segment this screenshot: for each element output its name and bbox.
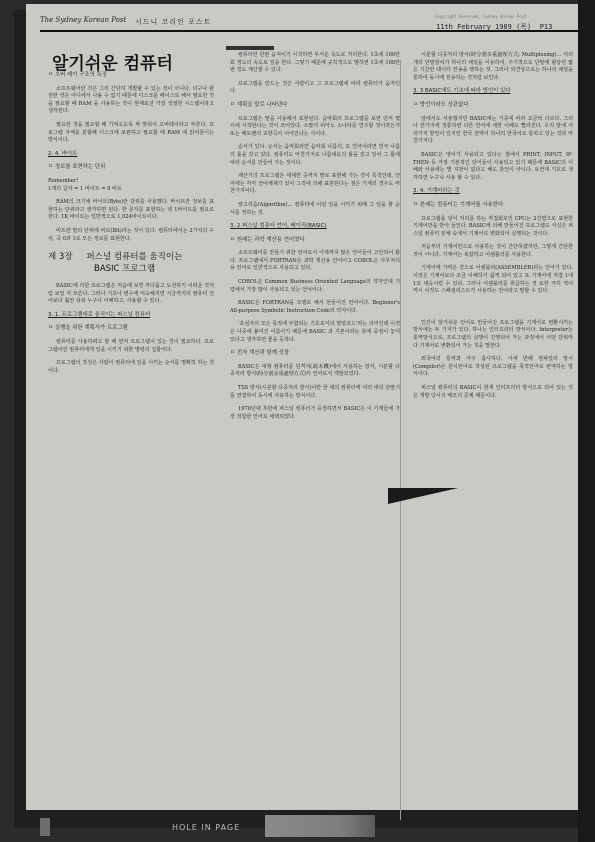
paragraph: 알고리즘(Algorithm)... 컴퓨터에 어떤 일을 시키기 위해 그 일…: [230, 202, 400, 217]
bullet-heading: ㅁ 정보를 표현하는 단위: [48, 164, 214, 172]
torn-edge: [40, 818, 50, 836]
paragraph: 앞에서도 서술했지만 BASIC에는 기종에 따라 조금씩 다르다. 그러나 한…: [413, 116, 573, 146]
paragraph: RAM의 크기에 바이트(Byte)란 단위를 사용했다. 바이트란 정보를 표…: [48, 199, 214, 222]
paragraph: 순서가 있다. 순서는 음악회라면 음악회 나름의, 또 연극이라면 연극 나름…: [230, 144, 400, 167]
bullet-heading: ㅁ 전자 계산과 함께 성장: [230, 350, 400, 358]
chapter-title: 퍼스널 컴퓨터를 움직이는: [87, 252, 183, 262]
masthead-logo: The Sydney Korean Post: [40, 16, 126, 24]
paragraph: COBOL은 Common Business Oriented Language…: [230, 279, 400, 294]
paragraph: 컴퓨터를 사용하려고 할 때 먼저 프로그램이 있는 것이 필요하다. 프로그램…: [48, 339, 214, 354]
bullet-heading: ㅁ 실행을 위한 계획서가 프로그램: [48, 325, 214, 333]
paragraph: 1970년대 후반에 퍼스널 컴퓨터가 등장하면서 BASIC은 이 기계들에 …: [230, 406, 400, 421]
column-divider: [400, 60, 401, 820]
paragraph: 프로그램은 말을 사용해서 표현된다. 음악회의 프로그램을 보면 먼저 몇시에…: [230, 116, 400, 139]
paragraph: 소프트웨어란 것은 그리 간단히 개발할 수 있는 것이 아니다. 더구나 완전…: [48, 86, 214, 116]
torn-paper-fragment: [265, 815, 375, 837]
section-heading: 3. 1. 프로그램대로 움직이는 퍼스널 컴퓨터: [48, 312, 214, 320]
chapter-number: 제 3장: [48, 252, 73, 262]
chapter-title-line2: BASIC 프로그램: [48, 263, 214, 275]
paragraph: 퍼스널 컴퓨터의 BASIC이 현재 인터프리터 방식으로 되어 있는 것은 개…: [413, 385, 573, 400]
paragraph: 비트란 말의 단위에 비트(Bit)라는 것이 있다. 컴퓨터에서는 2가지의 …: [48, 228, 214, 243]
section-heading: 3. 4. 기계어라는 것: [413, 188, 573, 196]
paragraph: '초심자의 모든 목적에 부합되는 기호로서의 명령코드'라는 의미인데 이것은…: [230, 321, 400, 344]
bullet-heading: ㅁ 본래는 컴퓨터는 기계어를 사용한다: [413, 202, 573, 210]
copyright-note: Copyright Reserved, Sydney Korean Post: [435, 14, 527, 19]
masthead-korean: 시드니 코리언 포스트: [135, 17, 211, 27]
column-2: 컴퓨터란 한번 움직이기 시작하면 무서운 속도로 처리한다. 1초에 100만…: [230, 52, 400, 427]
paragraph: 프로그램을 만드는 것은 사람이고 그 프로그램에 따라 컴퓨터가 움직인다.: [230, 81, 400, 96]
paragraph: 소프트웨어를 만들기 위한 언어로서 이제까지 많은 언어들이 고안되어 왔다.…: [230, 250, 400, 273]
column-1: ㅁ 오버 레이 구조의 특징 소프트웨어란 것은 그리 간단히 개발할 수 있는…: [48, 68, 214, 381]
paragraph: 프로그램의 작성은 사람이 컴퓨터에 일을 시키는 순서를 명확히 하는 것이다…: [48, 360, 214, 375]
remember-text: 1개의 글자 = 1 바이트 = 8 비트: [48, 186, 214, 194]
chapter-heading: 제 3장퍼스널 컴퓨터를 움직이는 BASIC 프로그램: [48, 251, 214, 275]
bullet-heading: ㅁ 방언이라도 상관없다: [413, 102, 573, 110]
paragraph: 시분할 다중처리 방식(時分割多重處理方式; Multiplexing)... …: [413, 52, 573, 82]
bullet-heading: ㅁ 오버 레이 구조의 특징: [48, 72, 214, 80]
hole-in-page-label: HOLE IN PAGE: [172, 823, 240, 832]
paragraph: 필요한 것을 필요할 때 가져오도록 짜 맞춰서 오버레이라고 부른다. 프로그…: [48, 122, 214, 145]
scan-edge: [578, 0, 595, 842]
paragraph: 컴퓨터란 한번 움직이기 시작하면 무서운 속도로 처리한다. 1초에 100만…: [230, 52, 400, 75]
bullet-heading: ㅁ 원래는 과학 계산용 언어였다: [230, 237, 400, 245]
column-3: 시분할 다중처리 방식(時分割多重處理方式; Multiplexing)... …: [413, 52, 573, 406]
paragraph: BASIC은 FORTRAN을 모델로 해서 만들어진 언어이다. Beginn…: [230, 300, 400, 315]
paragraph: 처음부터 기계어만으로 사용하는 것이 간단하겠지만, 그렇게 간단한 것이 아…: [413, 244, 573, 259]
section-heading: 2. 4. 바이트: [48, 151, 214, 159]
section-heading: 3. 2 퍼스널 컴퓨터 언어, 베이직(BASIC): [230, 223, 400, 231]
section-heading: 3. 3 BASIC에도 기초에 따라 방언이 있다: [413, 88, 573, 96]
paragraph: 프로그램을 넣어 처리를 하는 직접회로인 CPU는 2진법으로 표현한 기계어…: [413, 216, 573, 239]
paragraph: BASIC은 영어가 사용되고 있다는 점에서 PRINT, INPUT, IF…: [413, 152, 573, 182]
bullet-heading: ㅁ 계획을 말로 나타낸다: [230, 102, 400, 110]
paragraph: 기계어에 가까운 것으로 어셈블러(ASSEMBLER)라는 언어가 있다. 이…: [413, 265, 573, 295]
paragraph: 외국어의 통역과 아주 흡사하다. 이에 반해 컴파일러 방식(Compiler…: [413, 356, 573, 379]
paragraph: TSS 방식(시분할 다중처리 방식)이란 한 대의 컴퓨터에 여러 대의 단말…: [230, 385, 400, 400]
paragraph: 계산기의 프로그램은 세세한 곳까지 말로 표현해 가는 것이 특징인데, 언어…: [230, 173, 400, 196]
paragraph: 인간이 알기쉬운 언어로 만들어진 프로그램을 기계어로 변환시키는 방식에는 …: [413, 320, 573, 350]
fold-shadow: [388, 488, 458, 504]
paragraph: BASIC은 대형 컴퓨터를 원격지(端末機)에서 사용하는 방식, 시분할 다…: [230, 364, 400, 379]
masthead-rule: [40, 30, 580, 32]
paragraph: BASIC에 의한 프로그램은 처음에 보면 까다롭고 도전하기 어려운 것처럼…: [48, 283, 214, 306]
remember-label: Remember!: [48, 178, 214, 186]
dark-block: [226, 46, 274, 50]
